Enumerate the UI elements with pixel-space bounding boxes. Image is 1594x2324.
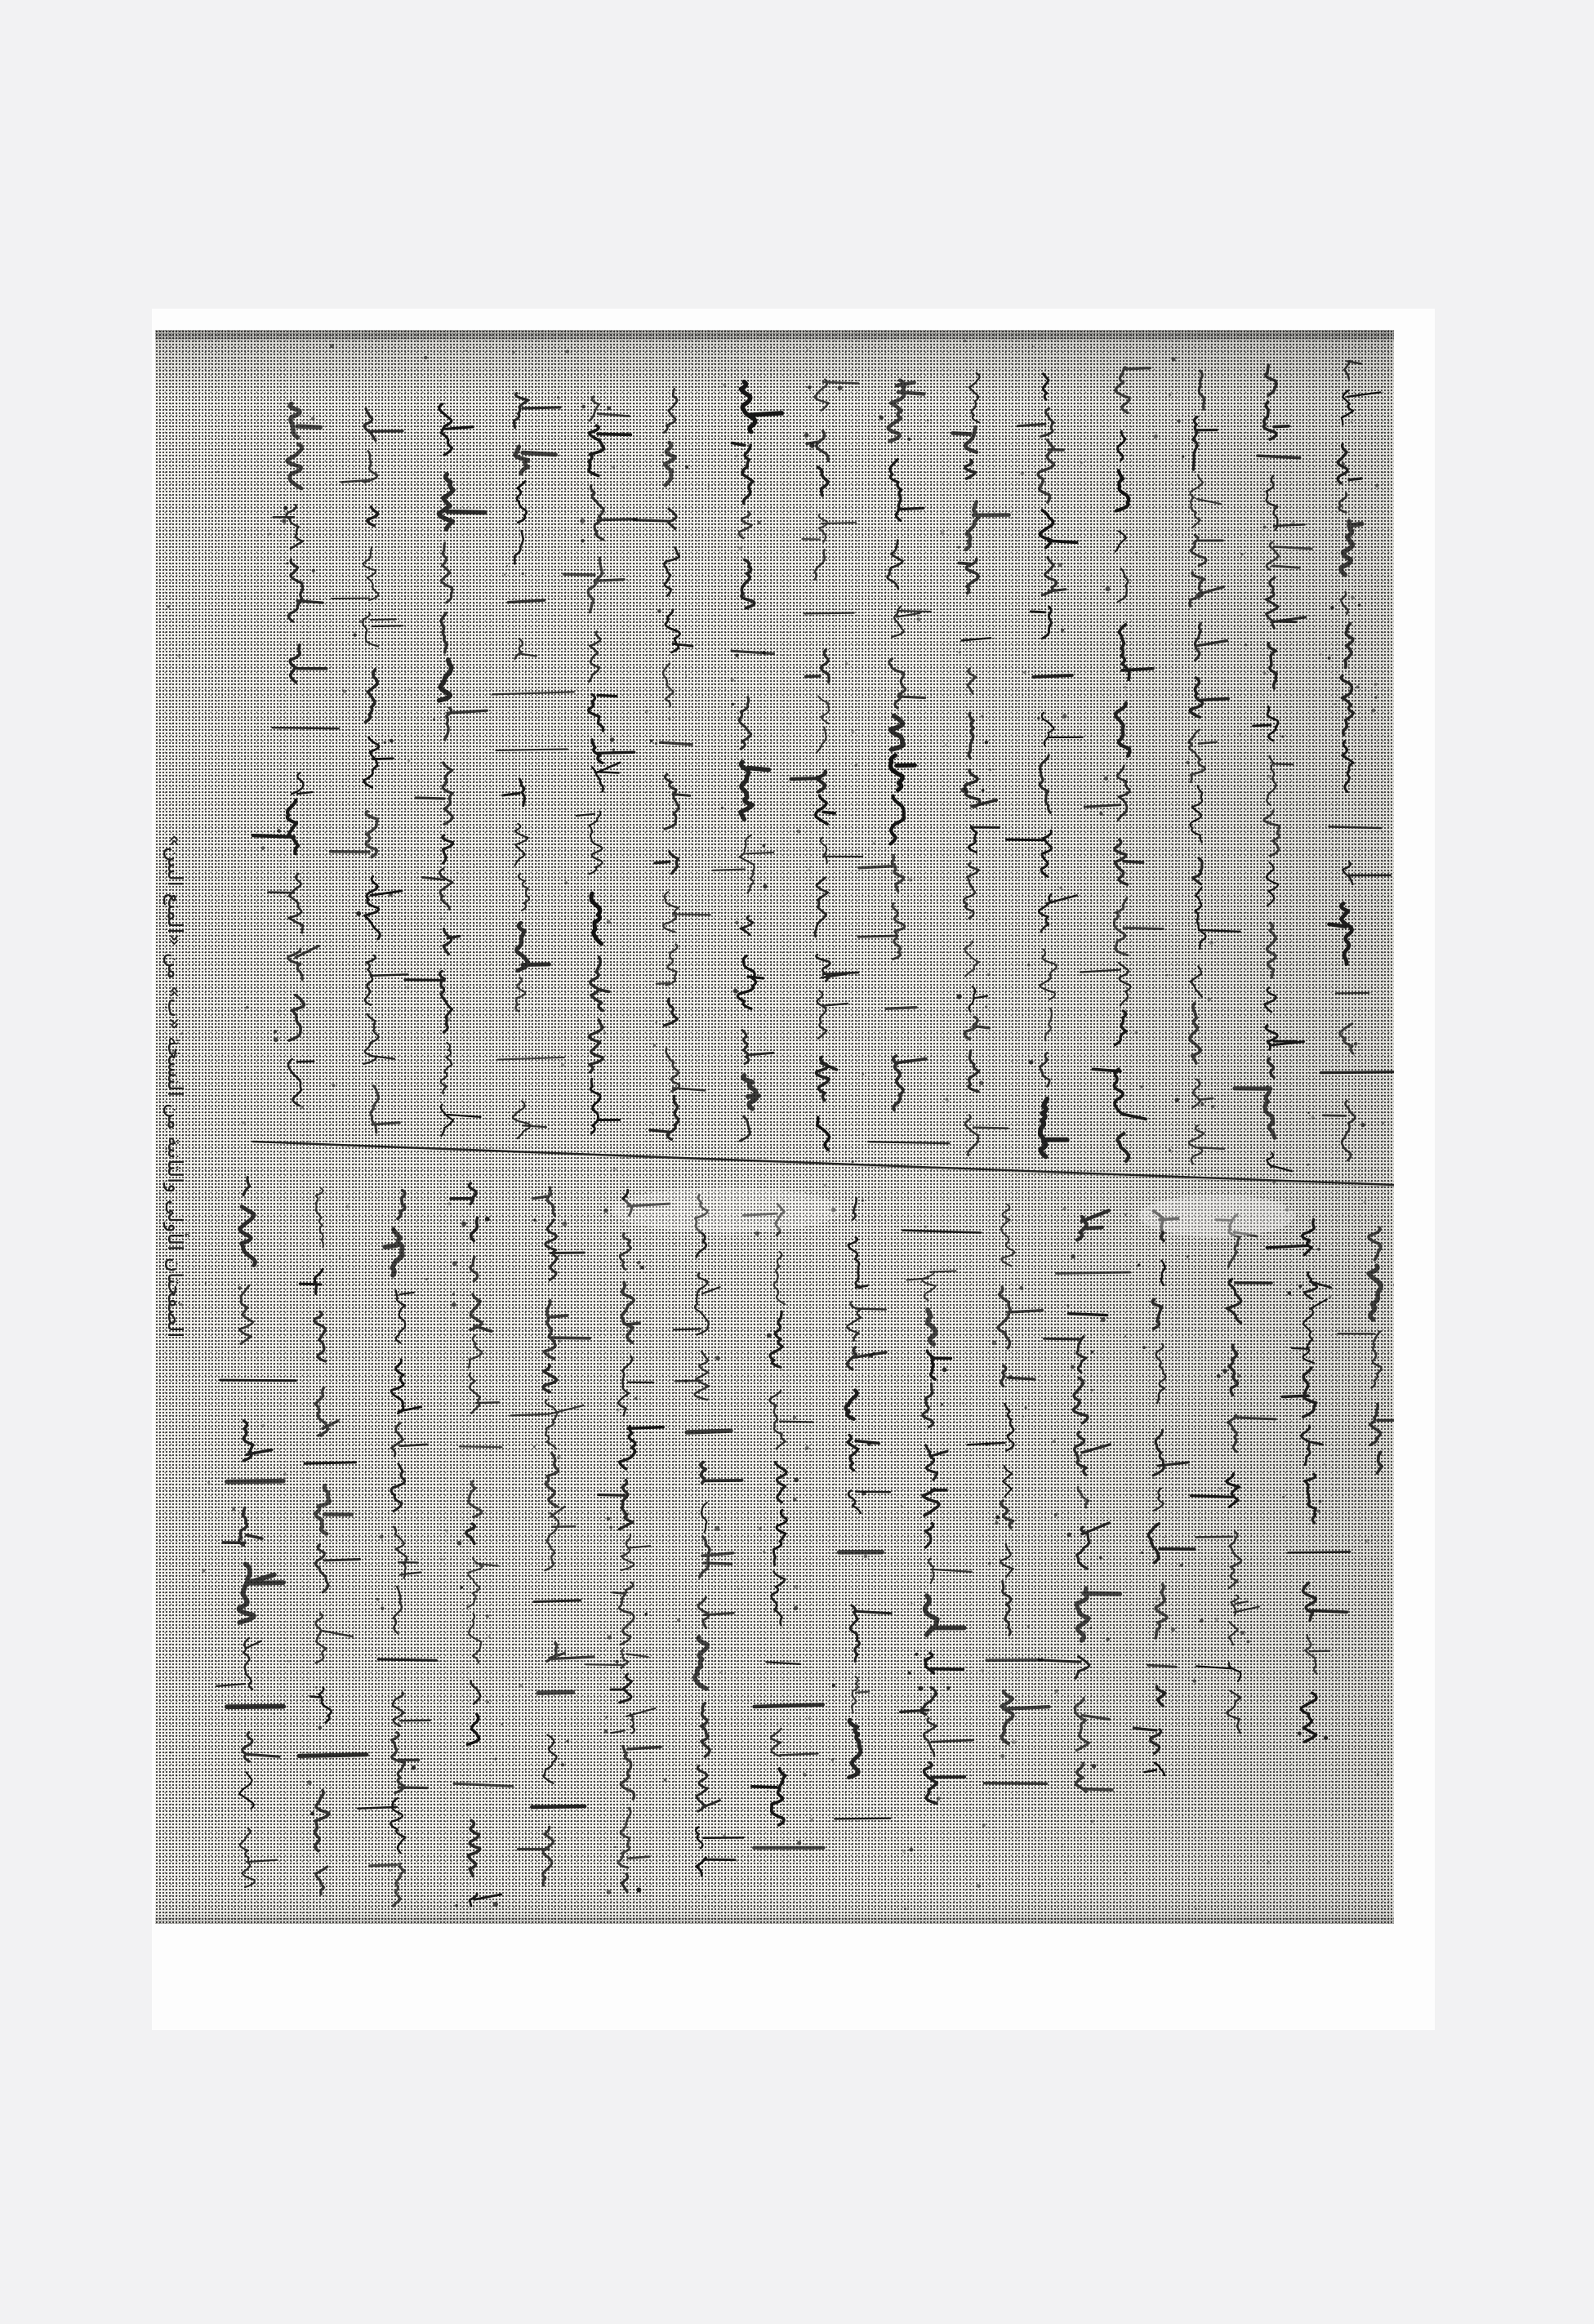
handwriting-strokes bbox=[155, 330, 1394, 1924]
page-background: الصفحتان الأولى والثانية من النسخة «ب» م… bbox=[0, 0, 1594, 2324]
scanned-plate: الصفحتان الأولى والثانية من النسخة «ب» م… bbox=[152, 309, 1435, 2030]
lower-page-text bbox=[216, 1178, 1394, 1908]
photo-bottom-edge bbox=[155, 1917, 1394, 1924]
manuscript-photo bbox=[155, 330, 1394, 1924]
scan-specks bbox=[167, 340, 1387, 1922]
margin-caption: الصفحتان الأولى والثانية من النسخة «ب» م… bbox=[161, 764, 190, 1409]
light-patches bbox=[612, 1187, 1294, 1237]
upper-page-text bbox=[253, 361, 1394, 1171]
